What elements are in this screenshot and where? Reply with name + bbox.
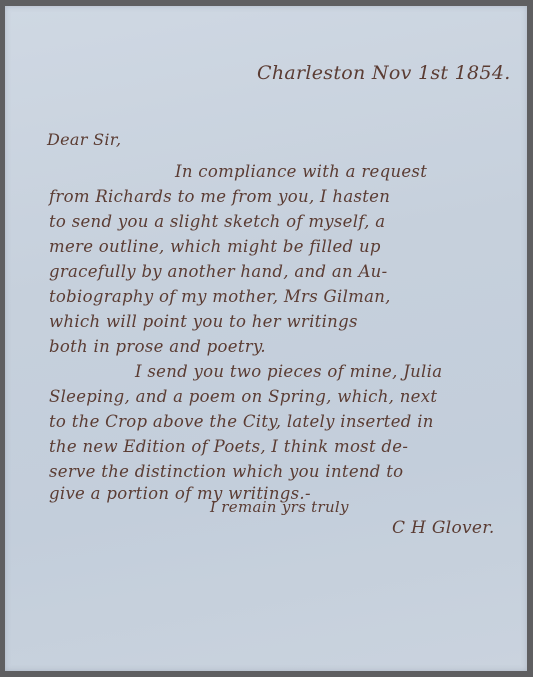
dateline: Charleston Nov 1st 1854. bbox=[257, 62, 511, 84]
closing: I remain yrs truly bbox=[210, 498, 349, 516]
body-line: mere outline, which might be filled up bbox=[49, 237, 381, 256]
body-line: from Richards to me from you, I hasten bbox=[49, 187, 390, 206]
body-line: tobiography of my mother, Mrs Gilman, bbox=[49, 287, 391, 306]
body-line: gracefully by another hand, and an Au- bbox=[49, 262, 387, 281]
body-line: Sleeping, and a poem on Spring, which, n… bbox=[49, 387, 437, 406]
body-line: to send you a slight sketch of myself, a bbox=[49, 212, 385, 231]
body-line: serve the distinction which you intend t… bbox=[49, 462, 403, 481]
body-line: both in prose and poetry. bbox=[49, 337, 266, 356]
body-line: I send you two pieces of mine, Julia bbox=[135, 362, 442, 381]
body-line: to the Crop above the City, lately inser… bbox=[49, 412, 434, 431]
letter-page: Charleston Nov 1st 1854. Dear Sir, In co… bbox=[5, 6, 527, 671]
salutation: Dear Sir, bbox=[47, 130, 121, 149]
body-line: In compliance with a request bbox=[175, 162, 427, 181]
body-line: the new Edition of Poets, I think most d… bbox=[49, 437, 408, 456]
body-line: which will point you to her writings bbox=[49, 312, 358, 331]
signature: C H Glover. bbox=[392, 518, 495, 538]
